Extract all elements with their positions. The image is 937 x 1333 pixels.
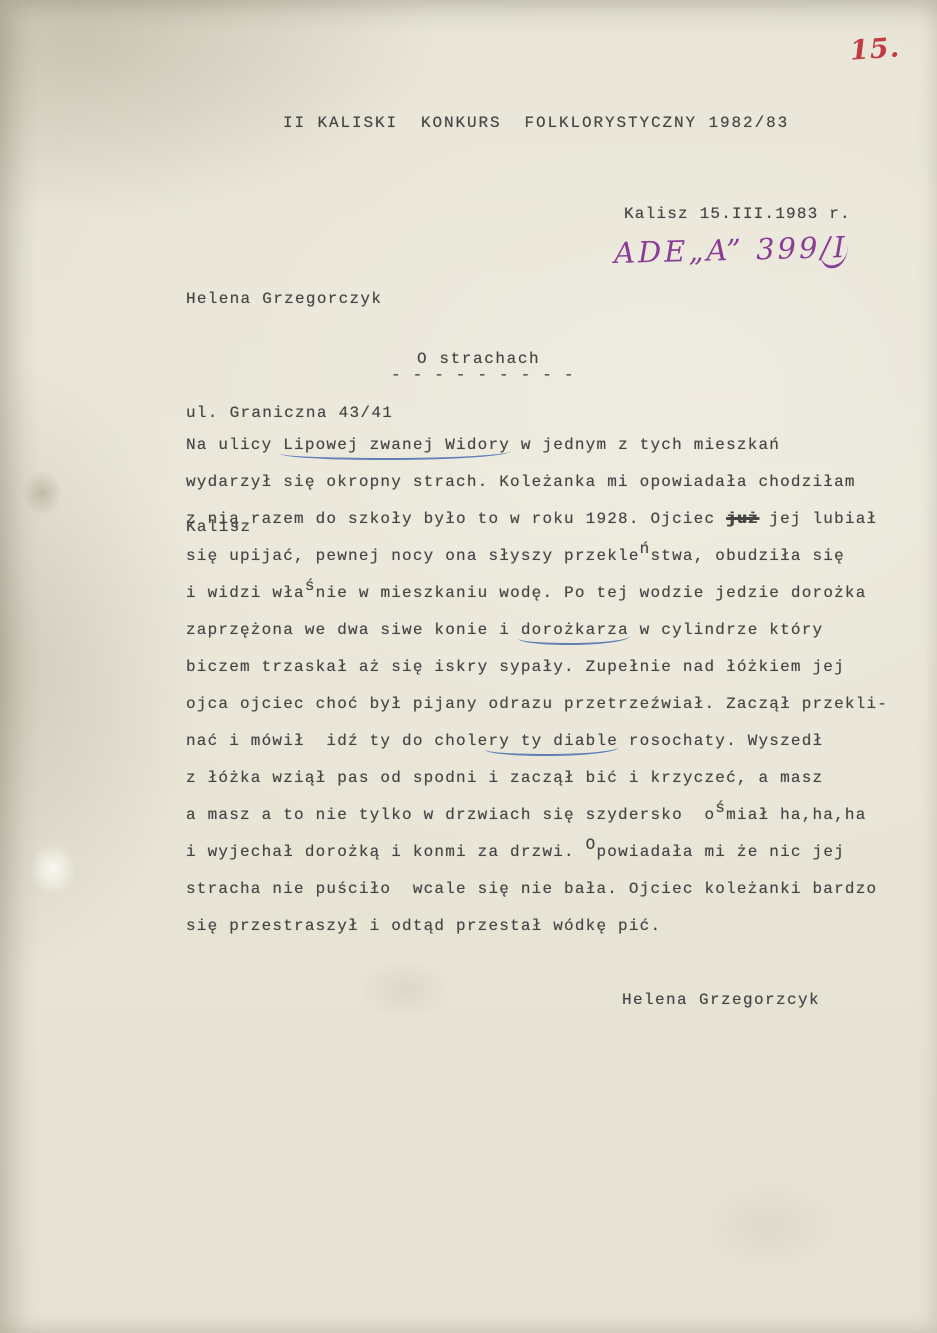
text-segment: ojca ojciec choć był pijany odrazu przet…: [186, 695, 888, 713]
text-line: nać i mówił idź ty do cholery ty diable …: [186, 732, 888, 769]
text-segment: i widzi wła: [186, 584, 305, 602]
text-line: się przestraszył i odtąd przestał wódkę …: [186, 917, 888, 954]
text-line: Na ulicy Lipowej zwanej Widory w jednym …: [186, 436, 888, 473]
dateline: Kalisz 15.III.1983 r.: [624, 205, 851, 223]
raised-letter: ś: [305, 577, 316, 595]
handwritten-reference: ADE„A” 399/I: [614, 230, 849, 270]
body-text: Na ulicy Lipowej zwanej Widory w jednym …: [186, 436, 888, 954]
text-line: stracha nie puściło wcale się nie bała. …: [186, 880, 888, 917]
text-segment: się upijać, pewnej nocy ona słyszy przek…: [186, 547, 640, 565]
text-segment: w cylindrze który: [629, 621, 823, 639]
raised-letter: ń: [640, 540, 651, 558]
text-segment: wydarzył się okropny strach. Koleżanka m…: [186, 473, 856, 491]
text-segment: się przestraszył i odtąd przestał wódkę …: [186, 917, 661, 935]
pen-underlined-text: dorożkarza: [521, 621, 629, 639]
text-line: ojca ojciec choć był pijany odrazu przet…: [186, 695, 888, 732]
struck-out-word: już: [726, 510, 758, 528]
text-segment: powiadała mi że nic jej: [596, 843, 844, 861]
text-segment: z nią razem do szkoły było to w roku 192…: [186, 510, 726, 528]
text-segment: nie w mieszkaniu wodę. Po tej wodzie jed…: [316, 584, 867, 602]
raised-letter: ś: [715, 799, 726, 817]
document-title: II KALISKI KONKURS FOLKLORYSTYCZNY 1982/…: [283, 114, 789, 132]
text-line: i widzi właśnie w mieszkaniu wodę. Po te…: [186, 584, 888, 621]
text-line: z łóżka wziął pas od spodni i zaczął bić…: [186, 769, 888, 806]
text-segment: z łóżka wziął pas od spodni i zaczął bić…: [186, 769, 823, 787]
text-segment: miał ha,ha,ha: [726, 806, 866, 824]
text-line: wydarzył się okropny strach. Koleżanka m…: [186, 473, 888, 510]
text-segment: a masz a to nie tylko w drzwiach się szy…: [186, 806, 715, 824]
handwritten-page-number: 15.: [849, 32, 901, 66]
text-line: a masz a to nie tylko w drzwiach się szy…: [186, 806, 888, 843]
text-line: z nią razem do szkoły było to w roku 192…: [186, 510, 888, 547]
text-segment: w jednym z tych mieszkań: [510, 436, 780, 454]
text-segment: rosochaty. Wyszedł: [618, 732, 823, 750]
handwritten-reference-tail: /I: [820, 230, 848, 269]
text-segment: i wyjechał dorożką i konmi za drzwi.: [186, 843, 586, 861]
sender-name: Helena Grzegorczyk: [186, 280, 393, 318]
text-segment: stwa, obudziła się: [650, 547, 844, 565]
text-segment: stracha nie puściło wcale się nie bała. …: [186, 880, 877, 898]
sender-street: ul. Graniczna 43/41: [186, 394, 393, 432]
handwritten-reference-main: ADE„A” 399: [614, 231, 821, 270]
text-line: zaprzężona we dwa siwe konie i dorożkarz…: [186, 621, 888, 658]
text-line: i wyjechał dorożką i konmi za drzwi. Opo…: [186, 843, 888, 880]
text-line: biczem trzaskał aż się iskry sypały. Zup…: [186, 658, 888, 695]
text-segment: zaprzężona we dwa siwe konie i: [186, 621, 521, 639]
text-segment: jej lubiał: [758, 510, 877, 528]
text-line: się upijać, pewnej nocy ona słyszy przek…: [186, 547, 888, 584]
heading-dashed-underline: - - - - - - - - -: [391, 366, 575, 384]
pen-underlined-text: Lipowej zwanej Widory: [283, 436, 510, 454]
text-segment: Na ulicy: [186, 436, 283, 454]
text-segment: nać i mówił idź ty do chole: [186, 732, 488, 750]
pen-underlined-text: ry ty diable: [488, 732, 618, 750]
signature: Helena Grzegorzcyk: [622, 991, 820, 1009]
raised-letter: O: [586, 836, 597, 854]
text-segment: biczem trzaskał aż się iskry sypały. Zup…: [186, 658, 845, 676]
